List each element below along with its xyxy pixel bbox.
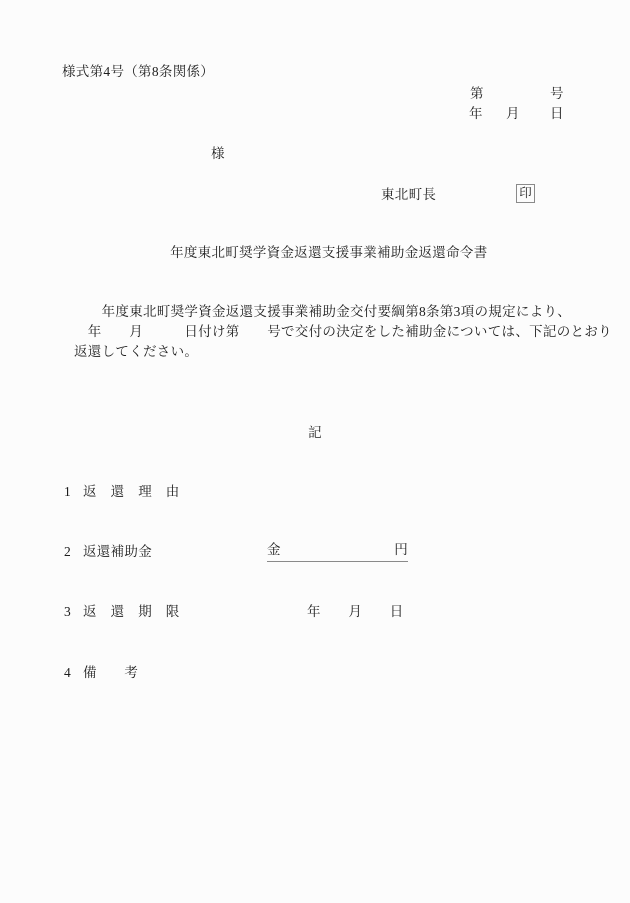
doc-number-suffix: 号 [550, 87, 564, 101]
item-4-number: 4 [64, 666, 71, 680]
body-line-2: 年 月 日付け第 号で交付の決定をした補助金については、下記のとおり [74, 325, 612, 339]
item-1-number: 1 [64, 485, 71, 499]
item-3-label: 返 還 期 限 [83, 605, 180, 619]
date-month-label: 月 [506, 107, 520, 121]
amount-blank-field: 金 円 [267, 543, 408, 562]
document-page: 様式第4号（第8条関係） 第 号 年 月 日 様 東北町長 印 年度東北町奨学資… [0, 0, 630, 903]
body-line-1: 年度東北町奨学資金返還支援事業補助金交付要綱第8条第3項の規定により、 [74, 305, 571, 319]
sender-name: 東北町長 [381, 188, 436, 202]
item-2-label: 返還補助金 [83, 545, 152, 559]
document-title: 年度東北町奨学資金返還支援事業補助金返還命令書 [0, 246, 630, 260]
item-2-number: 2 [64, 545, 71, 559]
date-year-label: 年 [469, 107, 483, 121]
addressee-honorific: 様 [211, 147, 225, 161]
item-4-label: 備 考 [83, 666, 138, 680]
body-line-3: 返還してください。 [74, 345, 198, 359]
amount-suffix: 円 [394, 543, 408, 557]
amount-prefix: 金 [267, 543, 281, 557]
record-marker: 記 [0, 426, 630, 440]
seal-mark: 印 [516, 184, 535, 203]
item-1-label: 返 還 理 由 [83, 485, 180, 499]
item-3-number: 3 [64, 605, 71, 619]
doc-number-prefix: 第 [470, 87, 484, 101]
item-3-date-blank: 年 月 日 [307, 605, 404, 619]
date-day-label: 日 [550, 107, 564, 121]
form-number: 様式第4号（第8条関係） [62, 65, 214, 79]
